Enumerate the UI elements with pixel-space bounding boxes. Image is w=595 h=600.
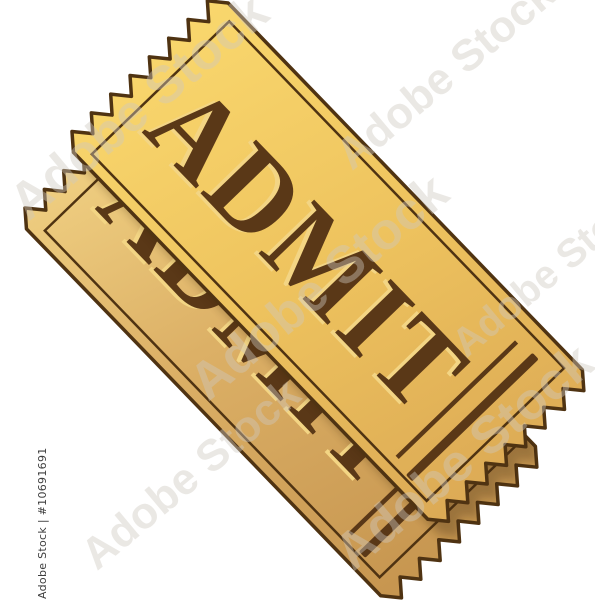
watermark-attribution-text: Adobe Stock | #10691691 xyxy=(36,447,49,599)
stock-illustration-canvas: ADMIT ADMIT ADMIT ADMIT Adobe Stock Adob… xyxy=(0,0,595,600)
watermark-text: Adobe Stock xyxy=(327,0,565,179)
tickets-illustration: ADMIT ADMIT ADMIT ADMIT Adobe Stock Adob… xyxy=(0,0,595,600)
